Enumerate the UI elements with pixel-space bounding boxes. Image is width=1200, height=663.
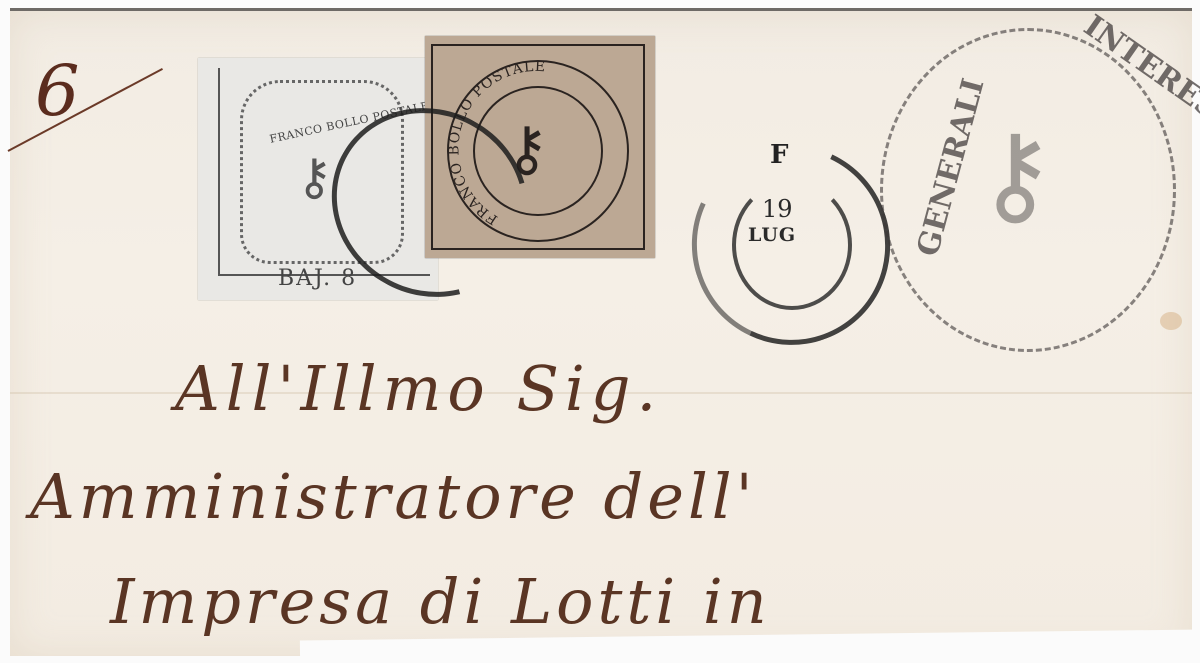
rate-mark: 6 [35, 50, 80, 132]
date-stamp-day: 19 [762, 195, 793, 223]
stamp-value: BAJ. 8 [278, 266, 357, 291]
date-stamp-month: LUG [748, 224, 796, 246]
date-stamp-town-initial: F [770, 140, 788, 170]
papal-emblem-icon: ⚷ [975, 110, 1056, 238]
address-line-1: All'Illmo Sig. [175, 352, 662, 425]
papal-keys-icon: ⚷ [296, 148, 333, 206]
foxing-stain [1160, 312, 1182, 330]
address-line-2: Amministratore dell' [30, 460, 757, 533]
address-line-3: Impresa di Lotti in [110, 565, 771, 638]
